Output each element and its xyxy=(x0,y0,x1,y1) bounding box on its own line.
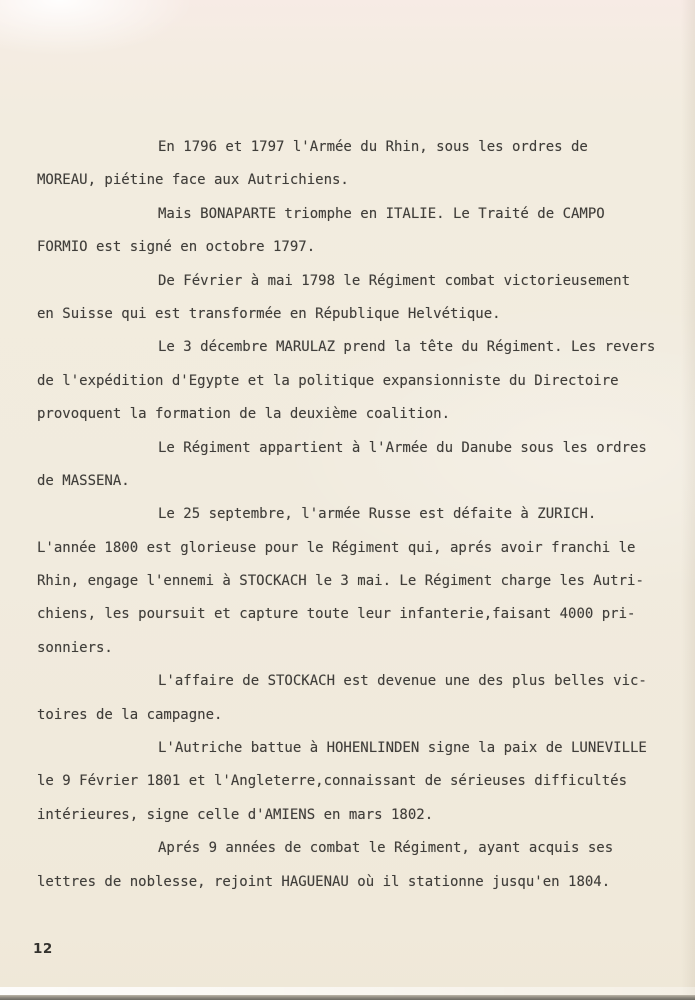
scan-bottom-highlight xyxy=(0,987,695,995)
text-line: De Février à mai 1798 le Régiment combat… xyxy=(37,265,669,298)
text-line: sonniers. xyxy=(37,632,669,665)
text-line: en Suisse qui est transformée en Républi… xyxy=(37,298,669,331)
text-line: de MASSENA. xyxy=(37,465,669,498)
text-line: Le 25 septembre, l'armée Russe est défai… xyxy=(37,498,669,531)
page-number: 12 xyxy=(33,941,53,957)
text-line: L'Autriche battue à HOHENLINDEN signe la… xyxy=(37,732,669,765)
text-line: provoquent la formation de la deuxième c… xyxy=(37,398,669,431)
text-line: toires de la campagne. xyxy=(37,699,669,732)
text-line: Le Régiment appartient à l'Armée du Danu… xyxy=(37,432,669,465)
text-line: Le 3 décembre MARULAZ prend la tête du R… xyxy=(37,331,669,364)
typewritten-text-block: En 1796 et 1797 l'Armée du Rhin, sous le… xyxy=(37,131,669,899)
text-line: Mais BONAPARTE triomphe en ITALIE. Le Tr… xyxy=(37,198,669,231)
text-line: Rhin, engage l'ennemi à STOCKACH le 3 ma… xyxy=(37,565,669,598)
text-line: MOREAU, piétine face aux Autrichiens. xyxy=(37,164,669,197)
text-line: intérieures, signe celle d'AMIENS en mar… xyxy=(37,799,669,832)
text-line: lettres de noblesse, rejoint HAGUENAU où… xyxy=(37,866,669,899)
text-line: En 1796 et 1797 l'Armée du Rhin, sous le… xyxy=(37,131,669,164)
text-line: L'affaire de STOCKACH est devenue une de… xyxy=(37,665,669,698)
text-line: L'année 1800 est glorieuse pour le Régim… xyxy=(37,532,669,565)
text-line: le 9 Février 1801 et l'Angleterre,connai… xyxy=(37,765,669,798)
text-line: FORMIO est signé en octobre 1797. xyxy=(37,231,669,264)
scan-bottom-edge xyxy=(0,995,695,1000)
text-line: chiens, les poursuit et capture toute le… xyxy=(37,598,669,631)
text-line: Aprés 9 années de combat le Régiment, ay… xyxy=(37,832,669,865)
text-line: de l'expédition d'Egypte et la politique… xyxy=(37,365,669,398)
